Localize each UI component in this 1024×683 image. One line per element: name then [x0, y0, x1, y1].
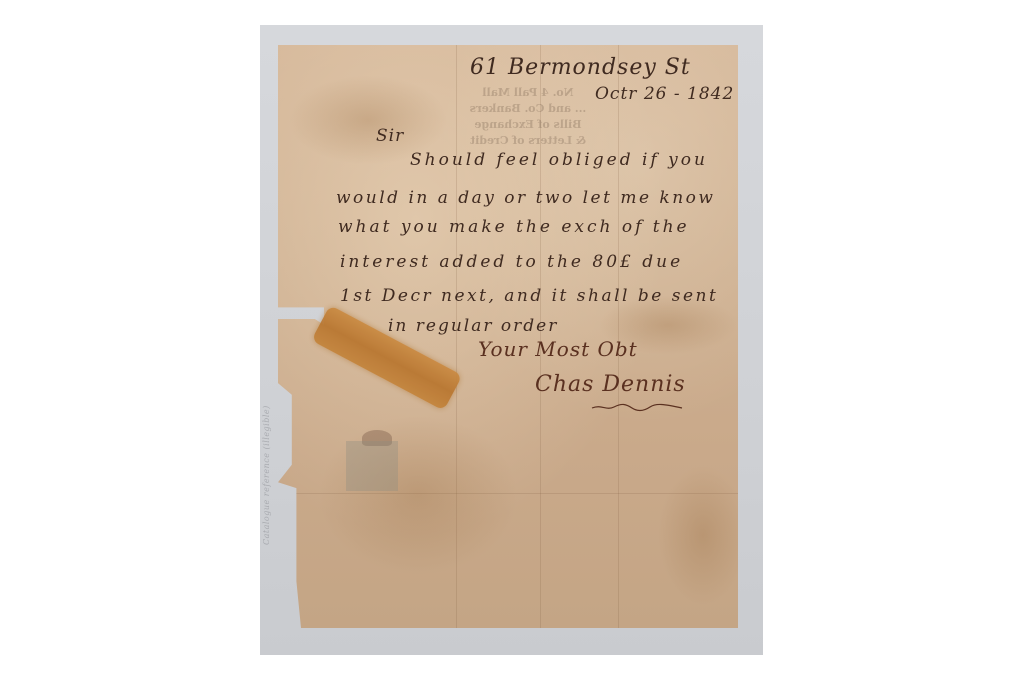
salutation: Sir: [376, 126, 404, 146]
signature-flourish: [590, 402, 685, 412]
mount-pencil-note: Catalogue reference (illegible): [262, 385, 278, 545]
body-line: what you make the exch of the: [338, 217, 690, 237]
body-line: would in a day or two let me know: [336, 188, 715, 208]
stain: [658, 465, 748, 605]
closing: Your Most Obt: [478, 337, 638, 361]
date-line: Octr 26 - 1842: [595, 84, 734, 104]
mirrored-letterhead-offset: No. 4 Pall Mall ... and Co. Bankers Bill…: [468, 85, 588, 149]
body-line: Should feel obliged if you: [410, 150, 708, 170]
body-line: in regular order: [388, 316, 558, 336]
stain: [318, 415, 518, 575]
body-line: 1st Decr next, and it shall be sent: [340, 286, 718, 306]
body-line: interest added to the 80£ due: [340, 252, 683, 272]
signature: Chas Dennis: [535, 372, 686, 397]
stamp-offset: [346, 441, 398, 491]
address-line: 61 Bermondsey St: [470, 55, 691, 80]
